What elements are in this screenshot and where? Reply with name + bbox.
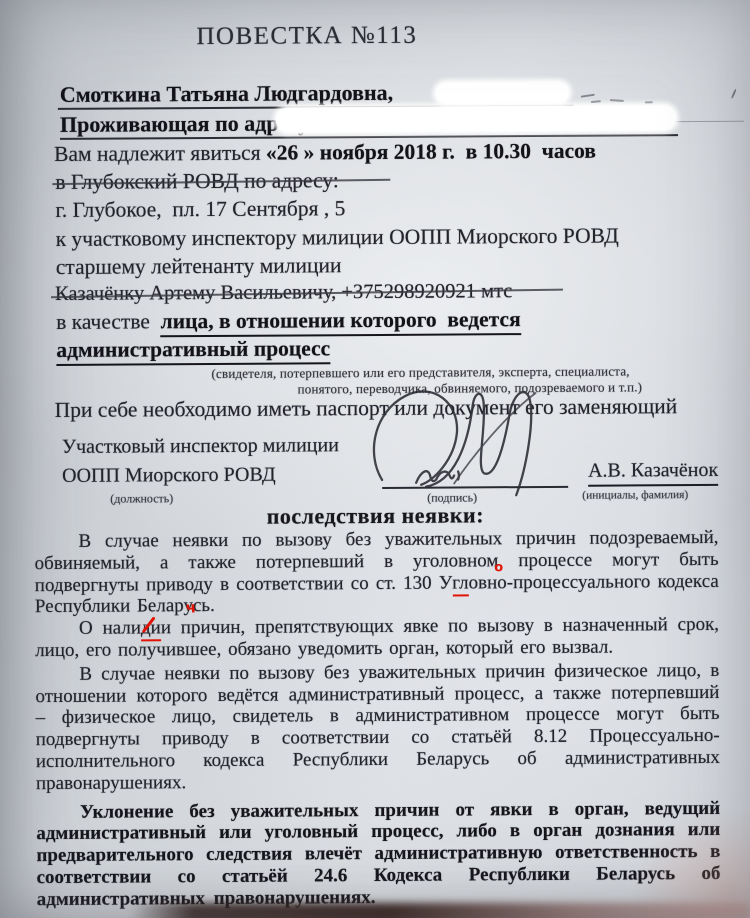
role-underlined-1: лица, в отношении которого ведется [161, 307, 521, 337]
appear-prefix: Вам надлежит явиться [54, 141, 266, 166]
pen-remnant-mark [645, 101, 653, 103]
document-title: ПОВЕСТКА №113 [196, 22, 417, 51]
pen-remnant-mark [731, 89, 737, 99]
red-inserted-letter-o: о [450, 557, 503, 579]
photo-finger-smudge [630, 808, 750, 918]
summons-document: ПОВЕСТКА №113 Смоткина Татьяна Людгардов… [0, 0, 750, 918]
name-caption: (инициалы, фамилия) [582, 489, 688, 502]
address-street-line: г. Глубокое, пл. 17 Сентября , 5 [55, 196, 345, 223]
summons-photo: ПОВЕСТКА №113 Смоткина Татьяна Людгардов… [0, 0, 750, 918]
consequences-paragraph-4: Уклонение без уважительных причин от явк… [36, 797, 721, 910]
redaction-blob-name [436, 82, 569, 104]
officer-title-line: к участковому инспектору милиции ООПП Ми… [56, 224, 619, 252]
consequences-section: В случае неявки по вызову без уважительн… [34, 527, 720, 911]
pen-remnant-mark [591, 100, 601, 103]
role-line: в качестве лица, в отношении которого ве… [56, 307, 521, 335]
appear-line: Вам надлежит явиться «26 » ноября 2018 г… [54, 139, 596, 167]
consequences-paragraph-3: В случае неявки по вызову без уважительн… [35, 660, 720, 795]
ruled-line-remnant [674, 121, 744, 122]
consequences-paragraph-1: В случае неявки по вызову без уважительн… [34, 527, 719, 618]
consequences-paragraph-2: О наличдии причин, препятствующих явке п… [35, 614, 719, 662]
appear-date-time: «26 » ноября 2018 г. в 10.30 часов [266, 139, 596, 165]
role-underlined-2: административный процесс [56, 336, 330, 366]
signer-name-text: А.В. Казачёнок [588, 459, 718, 487]
signer-position-line2: ООПП Миорского РОВД [62, 464, 276, 488]
red-correction-nalichii: чди [141, 617, 161, 641]
pen-remnant-mark [610, 99, 624, 102]
signer-name: А.В. Казачёнок [588, 459, 718, 483]
role-line-2: административный процесс [56, 336, 330, 363]
officer-rank-line: старшему лейтенанту милиции [56, 253, 342, 280]
signer-position-line1: Участковый инспектор милиции [62, 434, 339, 459]
role-prefix: в качестве [56, 309, 161, 334]
handwritten-signature [366, 381, 582, 508]
redaction-blob-address [276, 105, 676, 132]
pen-remnant-mark [581, 94, 595, 98]
red-correction-ugolovno: огл [452, 572, 468, 596]
recipient-name: Смоткина Татьяна Людгардовна, [60, 80, 394, 108]
p2-text-start: О нали [79, 618, 141, 639]
